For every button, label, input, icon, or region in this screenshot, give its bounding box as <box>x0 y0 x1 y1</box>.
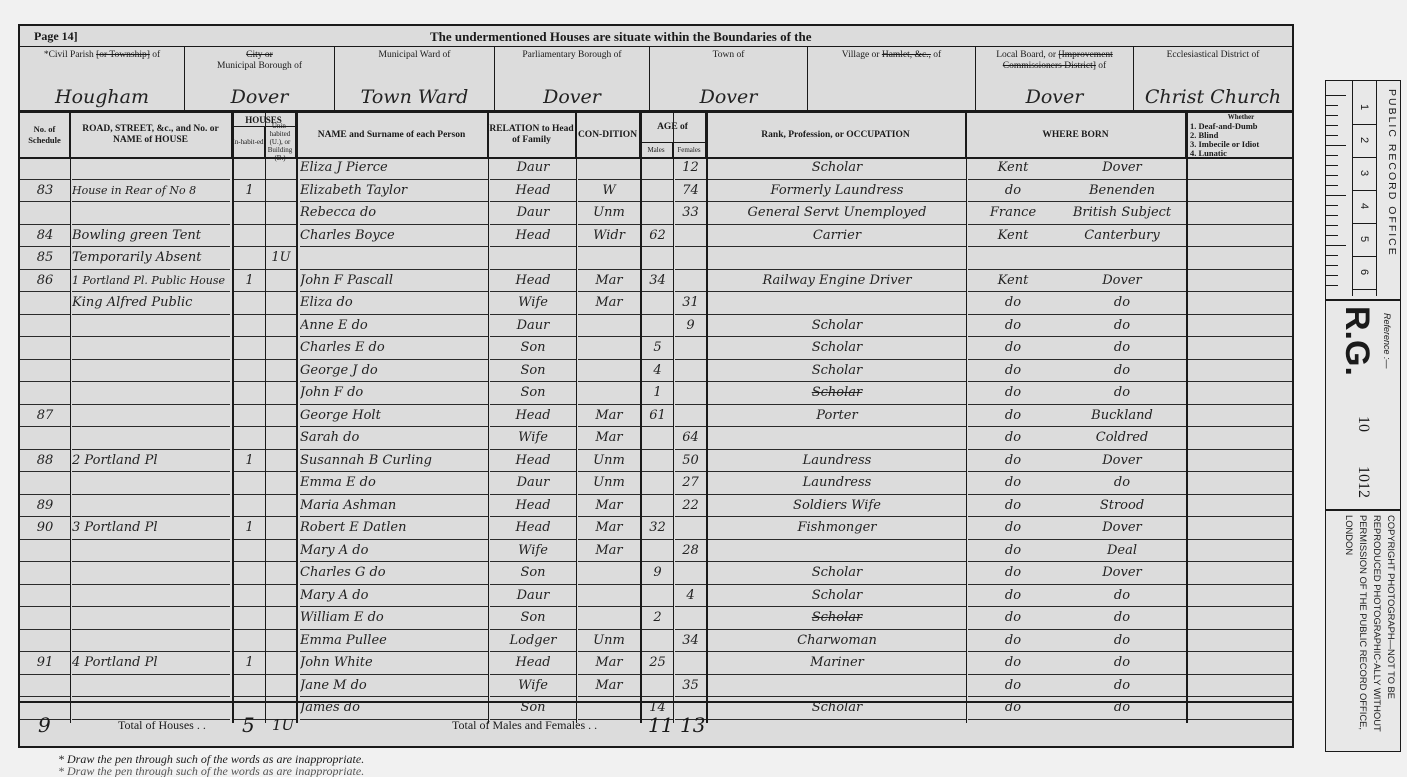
row-relation: Son <box>490 607 576 630</box>
row-born-county: do <box>968 180 1058 203</box>
row-road <box>72 315 230 338</box>
row-born-county: do <box>968 495 1058 518</box>
row-inhabited <box>234 360 265 383</box>
header-males: Males <box>640 143 673 157</box>
row-road <box>72 630 230 653</box>
row-born-county: Kent <box>968 225 1058 248</box>
row-relation: Daur <box>490 157 576 180</box>
row-born-county: do <box>968 562 1058 585</box>
total-females: 13 <box>680 703 705 748</box>
row-females <box>675 360 706 383</box>
row-born-county: do <box>968 382 1058 405</box>
row-born-place: Dover <box>1058 157 1186 180</box>
ruler-tick <box>1326 185 1338 186</box>
row-condition: Mar <box>578 495 640 518</box>
divider <box>1326 299 1400 301</box>
header-occupation: Rank, Profession, or OCCUPATION <box>706 113 966 157</box>
row-infirmity <box>1188 472 1292 495</box>
row-infirmity <box>1188 382 1292 405</box>
row-road: 1 Portland Pl. Public House <box>72 270 230 293</box>
row-name: Jane M do <box>300 675 488 698</box>
row-born-place: Dover <box>1058 450 1186 473</box>
row-infirmity <box>1188 652 1292 675</box>
row-road <box>72 495 230 518</box>
row-born-place: British Subject <box>1058 202 1186 225</box>
row-infirmity <box>1188 202 1292 225</box>
title-bar: Page 14] The undermentioned Houses are s… <box>20 26 1292 47</box>
ruler-tick <box>1326 155 1338 156</box>
area-value: Dover <box>495 86 649 108</box>
row-inhabited: 1 <box>234 652 265 675</box>
row-name: Robert E Datlen <box>300 517 488 540</box>
row-occupation: Scholar <box>708 360 966 383</box>
table-row: John F doSon1Scholardodo <box>20 382 1292 405</box>
row-uninhabited <box>266 315 296 338</box>
row-uninhabited <box>266 337 296 360</box>
boundary-areas: *Civil Parish [or Township] of Hougham C… <box>20 46 1292 113</box>
row-males <box>642 675 673 698</box>
row-uninhabited <box>266 630 296 653</box>
row-name: Anne E do <box>300 315 488 338</box>
row-inhabited <box>234 315 265 338</box>
row-males: 62 <box>642 225 673 248</box>
row-inhabited <box>234 630 265 653</box>
row-inhabited <box>234 225 265 248</box>
row-females <box>675 652 706 675</box>
row-road: 3 Portland Pl <box>72 517 230 540</box>
row-females: 31 <box>675 292 706 315</box>
row-born-county: do <box>968 675 1058 698</box>
row-name: Charles Boyce <box>300 225 488 248</box>
row-name: Charles E do <box>300 337 488 360</box>
row-uninhabited <box>266 202 296 225</box>
row-born-county: do <box>968 607 1058 630</box>
row-occupation: Scholar <box>708 585 966 608</box>
row-born-county: do <box>968 292 1058 315</box>
area-municipal-ward: Municipal Ward of Town Ward <box>335 46 495 110</box>
row-inhabited: 1 <box>234 270 265 293</box>
row-condition <box>578 562 640 585</box>
row-relation: Head <box>490 270 576 293</box>
row-uninhabited <box>266 292 296 315</box>
row-schedule <box>20 157 70 180</box>
row-occupation: Fishmonger <box>708 517 966 540</box>
row-road <box>72 405 230 428</box>
row-infirmity <box>1188 562 1292 585</box>
ruler-tick <box>1326 255 1338 256</box>
table-row: 84Bowling green TentCharles BoyceHeadWid… <box>20 225 1292 248</box>
row-males <box>642 450 673 473</box>
row-inhabited <box>234 562 265 585</box>
row-uninhabited: 1U <box>266 247 296 270</box>
census-sheet: Page 14] The undermentioned Houses are s… <box>18 24 1294 748</box>
row-occupation: Porter <box>708 405 966 428</box>
row-relation: Wife <box>490 292 576 315</box>
row-uninhabited <box>266 585 296 608</box>
row-schedule <box>20 202 70 225</box>
table-row: Rebecca doDaurUnm33General Servt Unemplo… <box>20 202 1292 225</box>
row-occupation: Scholar <box>708 315 966 338</box>
row-schedule: 89 <box>20 495 70 518</box>
row-inhabited: 1 <box>234 180 265 203</box>
row-males: 1 <box>642 382 673 405</box>
row-infirmity <box>1188 607 1292 630</box>
row-born-county: France <box>968 202 1058 225</box>
row-males <box>642 157 673 180</box>
row-name: William E do <box>300 607 488 630</box>
row-name: Susannah B Curling <box>300 450 488 473</box>
row-females <box>675 225 706 248</box>
row-road <box>72 472 230 495</box>
row-females <box>675 405 706 428</box>
row-born-county: do <box>968 472 1058 495</box>
row-occupation: Scholar <box>708 337 966 360</box>
row-uninhabited <box>266 427 296 450</box>
row-condition <box>578 247 640 270</box>
row-males: 2 <box>642 607 673 630</box>
row-born-place: do <box>1058 652 1186 675</box>
row-born-place: do <box>1058 315 1186 338</box>
row-females: 22 <box>675 495 706 518</box>
row-born-county: do <box>968 337 1058 360</box>
header-schedule: No. of Schedule <box>20 113 70 157</box>
row-schedule <box>20 315 70 338</box>
table-row: Mary A doWifeMar28doDeal <box>20 540 1292 563</box>
table-row: Emma PulleeLodgerUnm34Charwomandodo <box>20 630 1292 653</box>
row-road: 4 Portland Pl <box>72 652 230 675</box>
row-relation: Son <box>490 337 576 360</box>
row-infirmity <box>1188 517 1292 540</box>
row-born-place: do <box>1058 675 1186 698</box>
table-row: Mary A doDaur4Scholardodo <box>20 585 1292 608</box>
row-inhabited <box>234 675 265 698</box>
row-infirmity <box>1188 180 1292 203</box>
ruler-tick <box>1326 165 1338 166</box>
series-code: R.G. <box>1337 306 1376 376</box>
row-relation: Daur <box>490 202 576 225</box>
row-road: 2 Portland Pl <box>72 450 230 473</box>
row-schedule <box>20 675 70 698</box>
area-value: Dover <box>650 86 807 108</box>
row-infirmity <box>1188 360 1292 383</box>
row-males <box>642 472 673 495</box>
ruler-tick <box>1326 105 1338 106</box>
office-name: PUBLIC RECORD OFFICE <box>1386 89 1398 257</box>
row-road <box>72 427 230 450</box>
ruler-tick <box>1326 125 1338 126</box>
area-municipal-borough: City orMunicipal Borough of Dover <box>185 46 335 110</box>
row-males: 25 <box>642 652 673 675</box>
ruler-tick <box>1326 215 1338 216</box>
area-parliamentary-borough: Parliamentary Borough of Dover <box>495 46 650 110</box>
row-inhabited <box>234 292 265 315</box>
row-males: 4 <box>642 360 673 383</box>
row-road: Temporarily Absent <box>72 247 230 270</box>
row-relation: Son <box>490 360 576 383</box>
row-occupation: Scholar <box>708 382 966 405</box>
row-occupation: Scholar <box>708 607 966 630</box>
row-condition: Mar <box>578 675 640 698</box>
row-uninhabited <box>266 382 296 405</box>
ruler-tick <box>1326 245 1346 246</box>
row-females <box>675 270 706 293</box>
row-road <box>72 337 230 360</box>
row-schedule: 83 <box>20 180 70 203</box>
row-infirmity <box>1188 630 1292 653</box>
row-females <box>675 607 706 630</box>
row-born-place: do <box>1058 585 1186 608</box>
row-uninhabited <box>266 450 296 473</box>
row-born-place: Deal <box>1058 540 1186 563</box>
row-name: John White <box>300 652 488 675</box>
row-schedule: 84 <box>20 225 70 248</box>
table-row: 903 Portland Pl1Robert E DatlenHeadMar32… <box>20 517 1292 540</box>
row-schedule <box>20 337 70 360</box>
row-condition: Mar <box>578 652 640 675</box>
row-inhabited <box>234 337 265 360</box>
header-uninhabited: Unin-habited (U.), or Building (B.) <box>265 127 296 157</box>
area-ecclesiastical-district: Ecclesiastical District of Christ Church <box>1134 46 1292 110</box>
row-road <box>72 540 230 563</box>
row-inhabited <box>234 427 265 450</box>
row-schedule <box>20 562 70 585</box>
row-schedule: 86 <box>20 270 70 293</box>
row-condition <box>578 315 640 338</box>
row-name: Emma E do <box>300 472 488 495</box>
row-males <box>642 585 673 608</box>
row-name: Maria Ashman <box>300 495 488 518</box>
row-born-place: Canterbury <box>1058 225 1186 248</box>
row-condition: W <box>578 180 640 203</box>
row-condition <box>578 360 640 383</box>
row-occupation <box>708 247 966 270</box>
row-uninhabited <box>266 360 296 383</box>
row-females: 74 <box>675 180 706 203</box>
row-condition: Mar <box>578 427 640 450</box>
row-infirmity <box>1188 495 1292 518</box>
row-road <box>72 382 230 405</box>
row-relation: Head <box>490 180 576 203</box>
table-row: 87George HoltHeadMar61PorterdoBuckland <box>20 405 1292 428</box>
row-occupation: Formerly Laundress <box>708 180 966 203</box>
row-uninhabited <box>266 607 296 630</box>
row-inhabited <box>234 585 265 608</box>
row-name: George J do <box>300 360 488 383</box>
area-value: Christ Church <box>1134 86 1292 108</box>
header-condition: CON-DITION <box>576 113 640 157</box>
row-relation: Wife <box>490 540 576 563</box>
row-born-county: do <box>968 652 1058 675</box>
row-infirmity <box>1188 292 1292 315</box>
row-inhabited <box>234 157 265 180</box>
row-inhabited <box>234 607 265 630</box>
table-row: 882 Portland Pl1Susannah B CurlingHeadUn… <box>20 450 1292 473</box>
row-born-place: Benenden <box>1058 180 1186 203</box>
row-uninhabited <box>266 540 296 563</box>
row-name: John F do <box>300 382 488 405</box>
row-males: 9 <box>642 562 673 585</box>
row-condition: Unm <box>578 472 640 495</box>
row-inhabited <box>234 540 265 563</box>
row-born-county: do <box>968 360 1058 383</box>
sheet-title: The undermentioned Houses are situate wi… <box>430 29 811 45</box>
row-infirmity <box>1188 270 1292 293</box>
row-inhabited <box>234 405 265 428</box>
row-born-county: do <box>968 405 1058 428</box>
row-schedule <box>20 540 70 563</box>
row-females: 28 <box>675 540 706 563</box>
table-row: 83House in Rear of No 81Elizabeth Taylor… <box>20 180 1292 203</box>
row-born-place: Dover <box>1058 517 1186 540</box>
area-value: Town Ward <box>335 86 494 108</box>
row-occupation: Soldiers Wife <box>708 495 966 518</box>
ruler-tick <box>1326 275 1338 276</box>
row-name: Elizabeth Taylor <box>300 180 488 203</box>
row-schedule <box>20 472 70 495</box>
row-road: House in Rear of No 8 <box>72 180 230 203</box>
row-inhabited: 1 <box>234 517 265 540</box>
row-schedule: 88 <box>20 450 70 473</box>
row-males <box>642 427 673 450</box>
row-uninhabited <box>266 405 296 428</box>
ruler-tick <box>1326 115 1338 116</box>
row-name: Emma Pullee <box>300 630 488 653</box>
row-name: John F Pascall <box>300 270 488 293</box>
row-name: Eliza do <box>300 292 488 315</box>
row-males <box>642 630 673 653</box>
row-relation: Wife <box>490 675 576 698</box>
row-road <box>72 202 230 225</box>
row-born-county: do <box>968 427 1058 450</box>
row-condition <box>578 337 640 360</box>
row-infirmity <box>1188 405 1292 428</box>
row-born-county: do <box>968 315 1058 338</box>
row-uninhabited <box>266 562 296 585</box>
archive-reference-strip: 1 2 3 4 5 6 PUBLIC RECORD OFFICE Referen… <box>1325 80 1401 752</box>
row-infirmity <box>1188 247 1292 270</box>
row-condition: Unm <box>578 202 640 225</box>
row-road <box>72 607 230 630</box>
row-males <box>642 180 673 203</box>
row-relation: Head <box>490 517 576 540</box>
piece-number: 10 <box>1354 416 1372 432</box>
area-village: Village or Hamlet, &c., of <box>808 46 976 110</box>
row-condition <box>578 585 640 608</box>
table-row: King Alfred PublicEliza doWifeMar31dodo <box>20 292 1292 315</box>
row-males: 5 <box>642 337 673 360</box>
row-relation: Head <box>490 450 576 473</box>
row-schedule <box>20 292 70 315</box>
row-born-place: Strood <box>1058 495 1186 518</box>
row-condition: Mar <box>578 270 640 293</box>
divider <box>1326 509 1400 511</box>
row-females: 64 <box>675 427 706 450</box>
row-females: 9 <box>675 315 706 338</box>
header-road: ROAD, STREET, &c., and No. or NAME of HO… <box>70 113 232 157</box>
row-females <box>675 382 706 405</box>
row-males <box>642 315 673 338</box>
table-row: Sarah doWifeMar64doColdred <box>20 427 1292 450</box>
row-condition <box>578 157 640 180</box>
table-row: Charles G doSon9ScholardoDover <box>20 562 1292 585</box>
row-relation: Son <box>490 382 576 405</box>
area-value: Dover <box>185 86 334 108</box>
row-infirmity <box>1188 675 1292 698</box>
row-uninhabited <box>266 517 296 540</box>
row-inhabited <box>234 472 265 495</box>
total-schedules: 9 <box>38 703 51 748</box>
row-females <box>675 337 706 360</box>
table-row: 861 Portland Pl. Public House1John F Pas… <box>20 270 1292 293</box>
row-born-county: do <box>968 585 1058 608</box>
row-relation: Son <box>490 562 576 585</box>
totals-row: 9 Total of Houses . . 5 1U Total of Male… <box>20 701 1292 748</box>
total-uninhabited: 1U <box>272 703 294 748</box>
row-males <box>642 247 673 270</box>
row-road <box>72 157 230 180</box>
area-civil-parish: *Civil Parish [or Township] of Hougham <box>20 46 185 110</box>
row-condition: Unm <box>578 630 640 653</box>
row-schedule <box>20 630 70 653</box>
row-schedule: 85 <box>20 247 70 270</box>
row-males: 34 <box>642 270 673 293</box>
area-town: Town of Dover <box>650 46 808 110</box>
row-schedule <box>20 585 70 608</box>
row-born-place: do <box>1058 337 1186 360</box>
row-schedule <box>20 382 70 405</box>
table-row: William E doSon2Scholardodo <box>20 607 1292 630</box>
header-females: Females <box>673 143 706 157</box>
row-uninhabited <box>266 675 296 698</box>
row-condition: Widr <box>578 225 640 248</box>
ruler-tick <box>1326 235 1338 236</box>
row-name: George Holt <box>300 405 488 428</box>
row-inhabited <box>234 247 265 270</box>
row-born-place: Buckland <box>1058 405 1186 428</box>
row-condition: Unm <box>578 450 640 473</box>
scale-numbers: 1 2 3 4 5 6 <box>1352 81 1377 296</box>
row-schedule <box>20 360 70 383</box>
row-inhabited <box>234 382 265 405</box>
row-schedule <box>20 427 70 450</box>
row-females <box>675 247 706 270</box>
table-row: Jane M doWifeMar35dodo <box>20 675 1292 698</box>
row-infirmity <box>1188 450 1292 473</box>
row-infirmity <box>1188 315 1292 338</box>
row-born-county: Kent <box>968 157 1058 180</box>
row-schedule <box>20 607 70 630</box>
row-born-place: Dover <box>1058 270 1186 293</box>
row-inhabited <box>234 495 265 518</box>
row-condition <box>578 382 640 405</box>
row-name: Mary A do <box>300 585 488 608</box>
row-females: 4 <box>675 585 706 608</box>
area-value: Dover <box>976 86 1133 108</box>
row-born-place: do <box>1058 360 1186 383</box>
table-row: Anne E doDaur9Scholardodo <box>20 315 1292 338</box>
row-occupation: Carrier <box>708 225 966 248</box>
total-inhabited: 5 <box>242 703 255 748</box>
row-females: 27 <box>675 472 706 495</box>
row-females <box>675 562 706 585</box>
ruler-tick <box>1326 95 1346 96</box>
row-name: Charles G do <box>300 562 488 585</box>
area-local-board: Local Board, or [Improvement Commissione… <box>976 46 1134 110</box>
ruler-tick <box>1326 285 1338 286</box>
row-males <box>642 495 673 518</box>
row-uninhabited <box>266 652 296 675</box>
footnote-bleed: * Draw the pen through such of the words… <box>58 764 364 777</box>
